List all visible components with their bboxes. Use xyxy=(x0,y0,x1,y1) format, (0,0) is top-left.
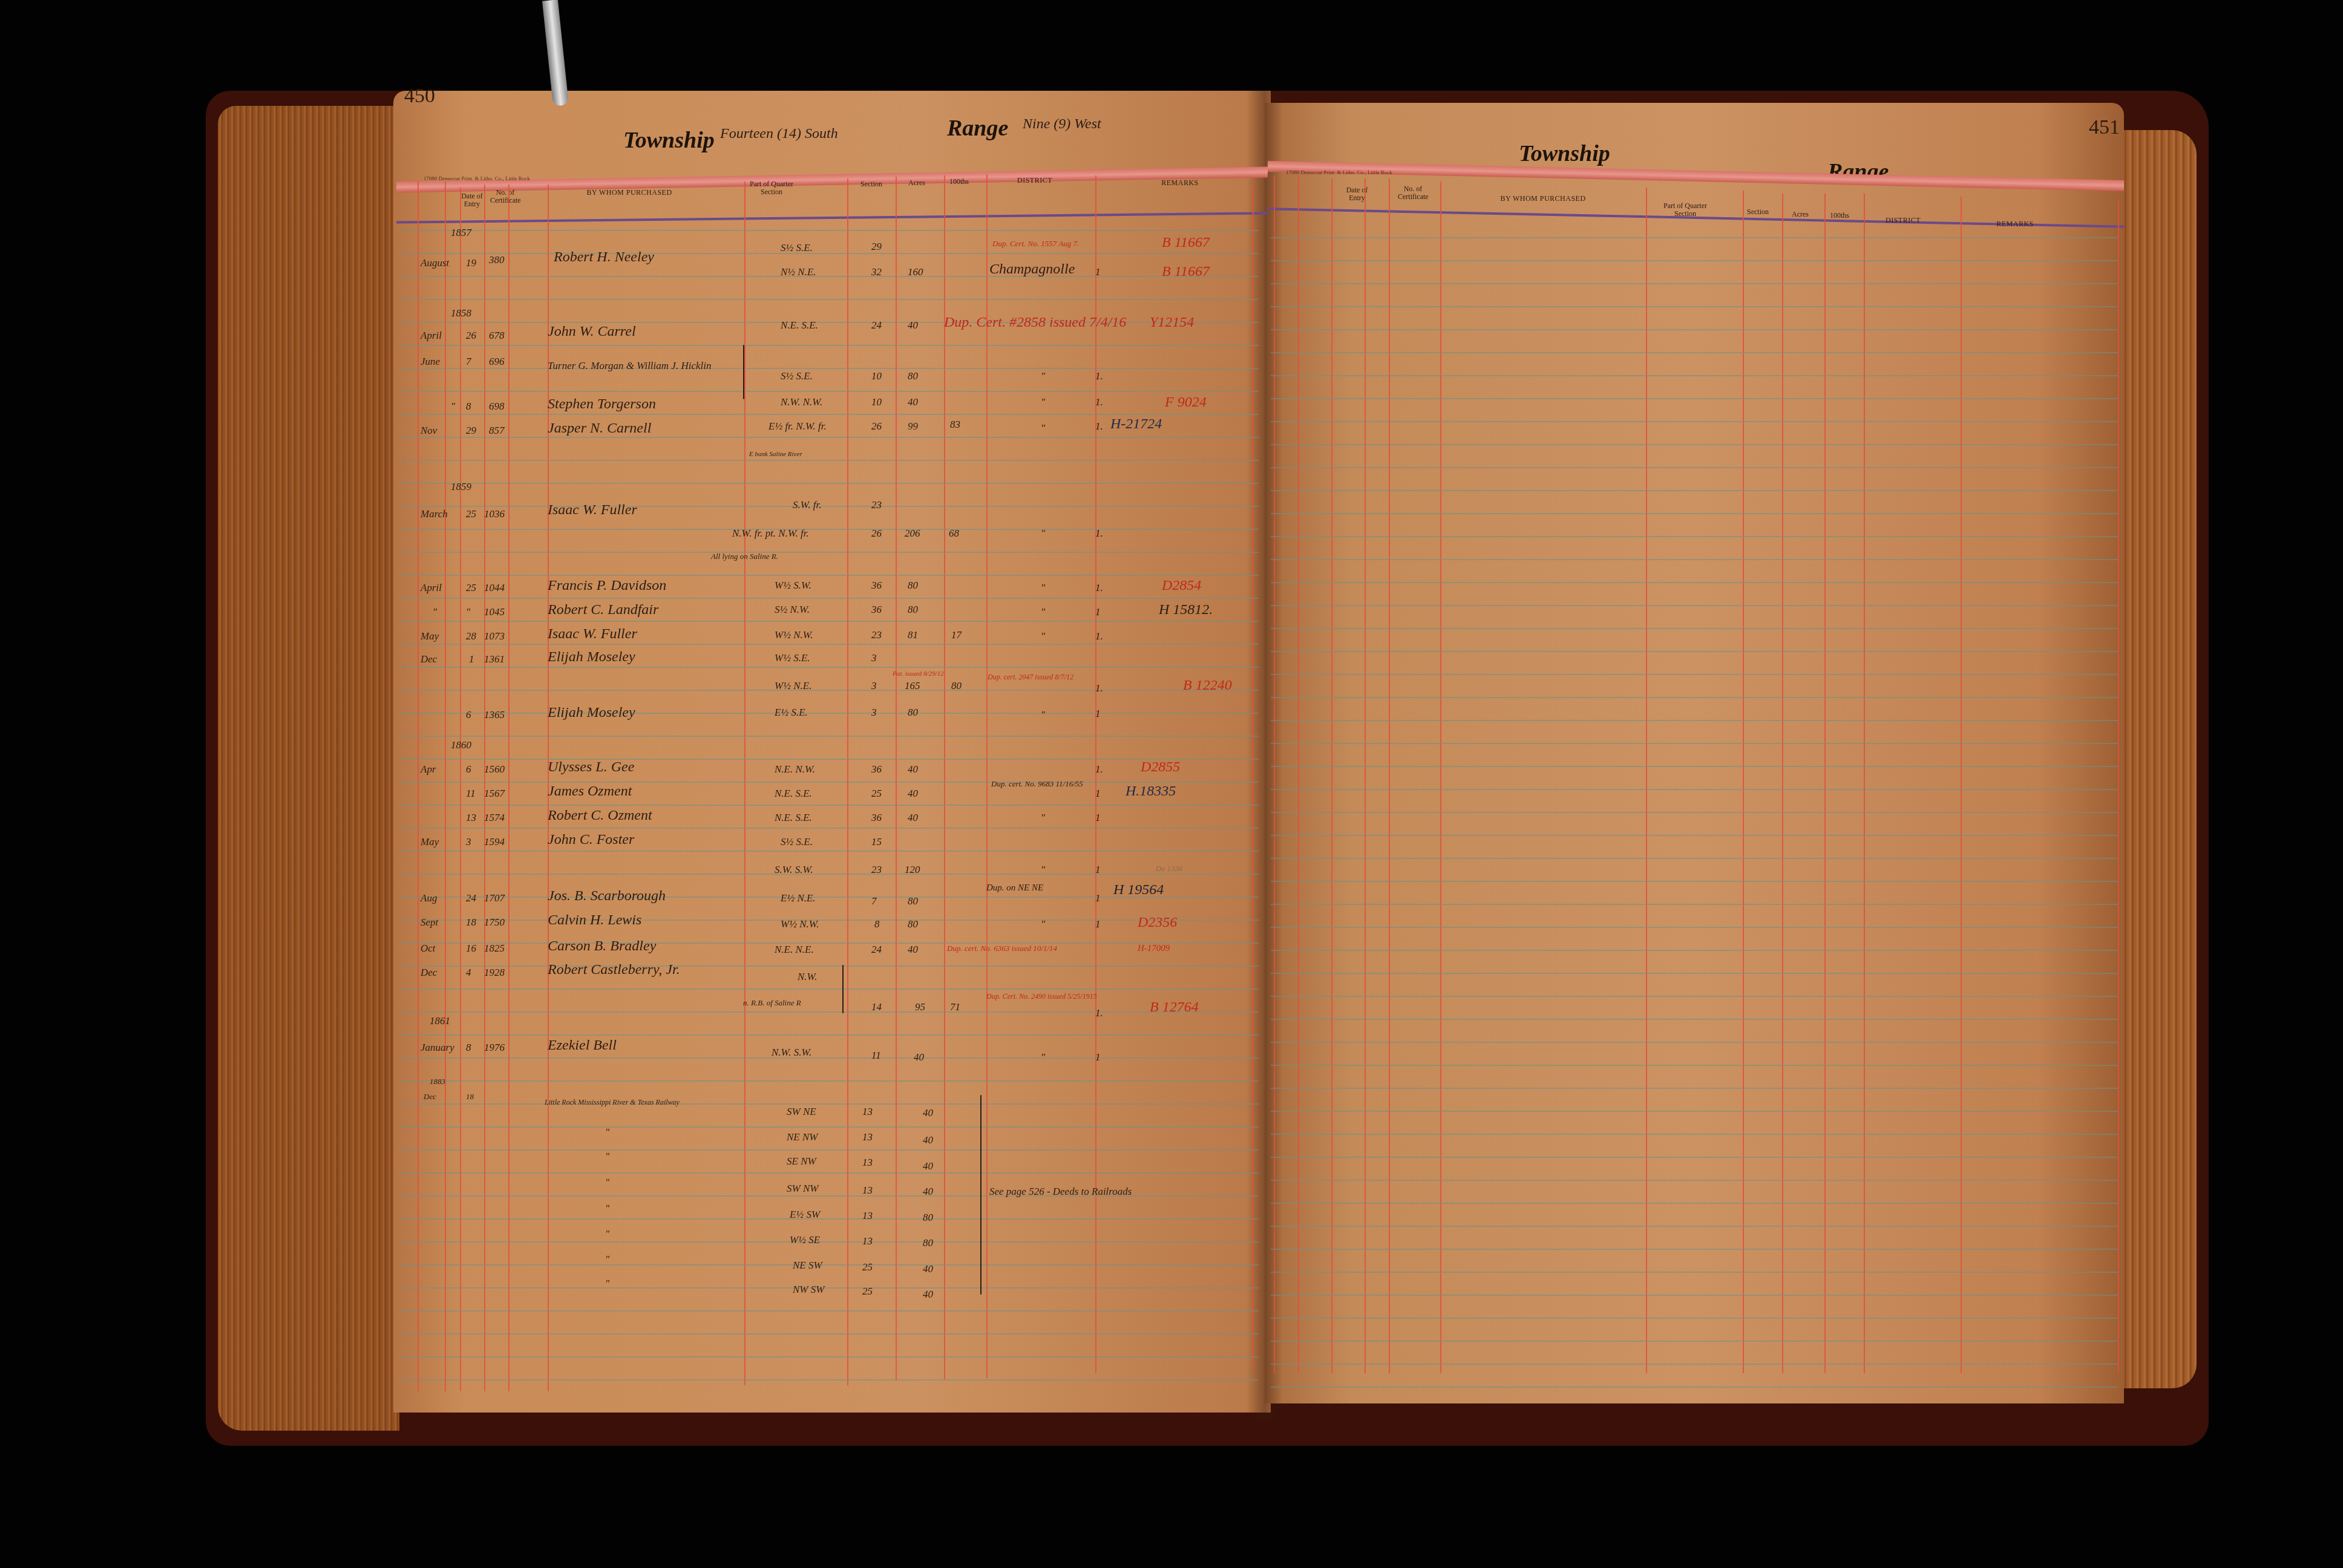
right-col-district: DISTRICT xyxy=(1873,217,1933,224)
ruled-line xyxy=(399,1310,1259,1312)
entry-acres: 40 xyxy=(923,1134,933,1146)
entry-purchaser: " xyxy=(605,1228,609,1240)
ruled-line xyxy=(1271,720,2118,721)
entry-section: 10 xyxy=(871,396,882,408)
ruled-line xyxy=(399,851,1259,852)
entry-section: 36 xyxy=(871,604,882,616)
ruled-line xyxy=(1271,1065,2118,1066)
entry-purchaser: Ezekiel Bell xyxy=(548,1037,617,1054)
ruled-line xyxy=(399,920,1259,921)
ruled-line xyxy=(1271,789,2118,790)
entry-acres: 40 xyxy=(908,812,918,824)
entry-acres: 40 xyxy=(923,1186,933,1198)
ruled-line xyxy=(399,552,1259,553)
ruled-line xyxy=(1271,674,2118,675)
entry-district: " xyxy=(1041,709,1045,721)
entry-purchaser: Ulysses L. Gee xyxy=(548,759,634,776)
ruled-line xyxy=(1271,444,2118,445)
ruled-line xyxy=(1271,812,2118,813)
entry-section: 3 xyxy=(871,707,877,719)
ruled-line xyxy=(399,1172,1259,1174)
entry-acres: 160 xyxy=(908,266,923,278)
entry-purchaser: Elijah Moseley xyxy=(548,649,635,665)
left-col-acres: Acres xyxy=(905,179,929,187)
left-col-district: DISTRICT xyxy=(1004,177,1065,185)
entry-hundredths: 71 xyxy=(950,1001,960,1013)
entry-purchaser: Robert H. Neeley xyxy=(554,249,654,266)
entry-day: 28 xyxy=(466,630,476,642)
entry-part: W½ N.W. xyxy=(781,918,819,930)
ruled-line xyxy=(1271,306,2118,307)
entry-part: E½ fr. N.W. fr. xyxy=(768,420,827,433)
ruled-line xyxy=(1271,1203,2118,1204)
ruled-line xyxy=(1271,260,2118,261)
entry-month: Apr xyxy=(421,763,436,776)
ruled-line xyxy=(1271,1019,2118,1020)
ruled-line xyxy=(399,276,1259,277)
entry-section: 26 xyxy=(871,420,882,433)
entry-hundredths: 68 xyxy=(949,528,959,540)
entry-part: E½ SW xyxy=(790,1209,820,1221)
ruled-line xyxy=(1271,582,2118,583)
ruled-line xyxy=(399,736,1259,737)
ruled-line xyxy=(1271,1180,2118,1181)
entry-purchaser: " xyxy=(605,1278,609,1290)
entry-acres: 80 xyxy=(908,580,918,592)
ruled-line xyxy=(1271,536,2118,537)
entry-cert: 1567 xyxy=(484,788,505,800)
entry-year: 1857 xyxy=(451,227,471,239)
entry-purchaser: Jasper N. Carnell xyxy=(548,420,651,437)
right-township-label: Township xyxy=(1519,140,1610,167)
entry-acres: 40 xyxy=(908,788,918,800)
entry-year: 1859 xyxy=(451,481,471,493)
entry-part: W½ N.E. xyxy=(775,680,811,692)
entry-acres-note: Pat. issued 8/29/12 xyxy=(893,670,944,678)
ruled-line xyxy=(1271,628,2118,629)
entry-tally: 1 xyxy=(1095,812,1101,824)
entry-section: 29 xyxy=(871,241,882,253)
ruled-line xyxy=(399,988,1259,990)
ruled-line xyxy=(1271,375,2118,376)
entry-acres: 40 xyxy=(908,396,918,408)
entry-day: 7 xyxy=(466,356,471,368)
entry-part: SW NW xyxy=(787,1183,818,1195)
ruled-line xyxy=(399,1057,1259,1059)
entry-part: N.E. S.E. xyxy=(775,788,812,800)
entry-month: April xyxy=(421,330,442,342)
entry-day: 13 xyxy=(466,812,476,824)
entry-part: S½ N.W. xyxy=(775,604,810,616)
entry-acres: 80 xyxy=(908,370,918,382)
ruled-line xyxy=(1271,513,2118,514)
entry-purchaser: Turner G. Morgan & William J. Hicklin xyxy=(548,354,735,378)
entry-cert: 1825 xyxy=(484,942,505,955)
right-col-date: Date of Entry xyxy=(1340,186,1374,202)
entry-acres: 95 xyxy=(915,1001,925,1013)
entry-month: Dec xyxy=(421,653,437,665)
left-township-value: Fourteen (14) South xyxy=(720,126,838,142)
entry-month: Nov xyxy=(421,425,437,437)
entry-part: N.E. N.W. xyxy=(775,763,815,776)
ruled-line xyxy=(1271,1364,2118,1365)
entry-district: " xyxy=(1041,864,1045,876)
entry-note: All lying on Saline R. xyxy=(711,552,778,561)
right-col-acres: Acres xyxy=(1788,211,1812,218)
entry-tally: 1 xyxy=(1095,266,1101,278)
entry-purchaser: Robert C. Landfair xyxy=(548,602,658,618)
railroad-brace xyxy=(980,1095,981,1295)
ruled-line xyxy=(399,1080,1259,1082)
entry-part: N.E. N.E. xyxy=(775,944,814,956)
entry-district-note: Dup. cert. No. 9683 11/16/55 xyxy=(991,777,1088,791)
entry-part: E½ S.E. xyxy=(775,707,808,719)
entry-tally: 1. xyxy=(1095,528,1103,540)
entry-section: 15 xyxy=(871,836,882,848)
entry-part: E½ N.E. xyxy=(781,892,816,904)
entry-year: 1860 xyxy=(451,739,471,751)
entry-cert: 1594 xyxy=(484,836,505,848)
entry-cert: 1036 xyxy=(484,508,505,520)
entry-cert: 1750 xyxy=(484,916,505,929)
ruled-line xyxy=(399,529,1259,530)
entry-purchaser: Stephen Torgerson xyxy=(548,396,656,413)
left-col-date: Date of Entry xyxy=(457,192,487,208)
ruled-line xyxy=(1271,996,2118,997)
entry-brace xyxy=(842,965,844,1013)
entry-part: N.W. xyxy=(798,971,817,983)
entry-tally: 1. xyxy=(1095,582,1103,594)
entry-tally: 1. xyxy=(1095,1007,1103,1019)
left-col-purchaser: BY WHOM PURCHASED xyxy=(557,189,702,197)
entry-remarks: B 11667 xyxy=(1162,235,1210,251)
entry-purchaser: Elijah Moseley xyxy=(548,705,635,721)
ruled-line xyxy=(1271,352,2118,353)
ruled-line xyxy=(1271,559,2118,560)
ruled-line xyxy=(399,644,1259,645)
ruled-line xyxy=(399,874,1259,875)
ruled-line xyxy=(1271,697,2118,698)
ruled-line xyxy=(1271,605,2118,606)
entry-section: 10 xyxy=(871,370,882,382)
entry-purchaser: Isaac W. Fuller xyxy=(548,502,637,518)
ruled-line xyxy=(399,506,1259,507)
entry-month: Dec xyxy=(424,1092,436,1102)
entry-month: June xyxy=(421,356,440,368)
ruled-line xyxy=(1271,398,2118,399)
ruled-line xyxy=(1271,283,2118,284)
ruled-line xyxy=(1271,904,2118,905)
entry-tally: 1. xyxy=(1095,630,1103,642)
entry-section: 3 xyxy=(871,652,877,664)
ruled-line xyxy=(399,368,1259,369)
entry-part: N.E. S.E. xyxy=(775,812,812,824)
right-col-cert: No. of Certificate xyxy=(1398,185,1428,201)
entry-part: S½ S.E. xyxy=(781,370,813,382)
entry-remarks: Y12154 xyxy=(1150,315,1194,331)
entry-hundredths: 83 xyxy=(950,419,960,431)
entry-part: N.W. N.W. xyxy=(781,396,822,408)
entry-district: " xyxy=(1041,422,1045,434)
entry-purchaser: Robert Castleberry, Jr. xyxy=(548,962,680,978)
ruled-line xyxy=(1271,1249,2118,1250)
right-printer-imprint: 17080 Democrat Print. & Litho. Co., Litt… xyxy=(1286,169,1392,175)
ruled-line xyxy=(399,1264,1259,1266)
ruled-line xyxy=(399,667,1259,668)
entry-day: 18 xyxy=(466,916,476,929)
entry-section: 25 xyxy=(871,788,882,800)
entry-acres: 40 xyxy=(923,1289,933,1301)
ruled-line xyxy=(399,575,1259,576)
entry-cert: 1928 xyxy=(484,967,505,979)
ruled-line xyxy=(399,1379,1259,1380)
entry-section: 8 xyxy=(874,918,880,930)
entry-cert: 1361 xyxy=(484,653,505,665)
ruled-line xyxy=(1271,1226,2118,1227)
entry-section: 13 xyxy=(862,1210,873,1222)
entry-part: n. R.B. of Saline R xyxy=(743,998,801,1008)
entry-section: 13 xyxy=(862,1131,873,1143)
entry-tally: 1. xyxy=(1095,396,1103,408)
entry-remarks: D2356 xyxy=(1138,915,1177,931)
entry-month: Oct xyxy=(421,942,436,955)
entry-part: SW NE xyxy=(787,1106,816,1118)
entry-purchaser: " xyxy=(605,1203,609,1215)
entry-remarks: H-21724 xyxy=(1110,416,1162,433)
book-gutter xyxy=(1247,91,1283,1422)
entry-remarks: De 1336 xyxy=(1156,864,1182,874)
entry-section: 26 xyxy=(871,528,882,540)
entry-acres: 80 xyxy=(908,707,918,719)
entry-part: S.W. S.W. xyxy=(775,864,813,876)
entry-day: 6 xyxy=(466,709,471,721)
entry-remarks: H 19564 xyxy=(1113,882,1164,898)
ruled-line xyxy=(399,1241,1259,1243)
entry-acres: 81 xyxy=(908,629,918,641)
entry-day: 25 xyxy=(466,508,476,520)
entry-acres: 40 xyxy=(923,1263,933,1275)
entry-section: 23 xyxy=(871,629,882,641)
entry-tally: 1. xyxy=(1095,420,1103,433)
entry-month: Dec xyxy=(421,967,437,979)
entry-purchaser: Isaac W. Fuller xyxy=(548,626,637,642)
entry-section: 23 xyxy=(871,864,882,876)
ruled-line xyxy=(1271,743,2118,744)
ruled-line xyxy=(1271,1295,2118,1296)
entry-district-note: See page 526 - Deeds to Railroads xyxy=(989,1186,1132,1198)
entry-section: 32 xyxy=(871,266,882,278)
entry-district-note: Dup. cert. 2047 issued 8/7/12 xyxy=(988,673,1073,682)
entry-part: N.E. S.E. xyxy=(781,319,818,332)
entry-district: " xyxy=(1041,370,1045,382)
entry-cert: 1044 xyxy=(484,582,505,594)
entry-month: April xyxy=(421,582,442,594)
left-col-section: Section xyxy=(856,180,886,188)
entry-month: August xyxy=(421,257,449,269)
ruled-line xyxy=(399,690,1259,691)
entry-purchaser: " xyxy=(605,1177,609,1189)
entry-note: E bank Saline River xyxy=(749,451,802,458)
entry-district: Champagnolle xyxy=(989,261,1075,278)
entry-cert: 696 xyxy=(489,356,505,368)
ruled-line xyxy=(399,460,1259,461)
entry-section: 13 xyxy=(862,1157,873,1169)
ruled-line xyxy=(1271,490,2118,491)
entry-purchaser: Little Rock Mississippi River & Texas Ra… xyxy=(545,1098,680,1107)
ruled-line xyxy=(1271,1042,2118,1043)
entry-district-note: Dup. on NE NE xyxy=(986,883,1043,893)
entry-purchaser: " xyxy=(605,1151,609,1163)
entry-section: 25 xyxy=(862,1261,873,1273)
ruled-line xyxy=(1271,1157,2118,1158)
ruled-line xyxy=(1271,329,2118,330)
entry-purchaser: Francis P. Davidson xyxy=(548,578,666,594)
entry-district-note: Dup. Cert. #2858 issued 7/4/16 xyxy=(944,315,1126,331)
entry-purchaser: John W. Carrel xyxy=(548,324,636,340)
left-range-label: Range xyxy=(947,115,1008,142)
entry-month: May xyxy=(421,630,439,642)
entry-acres: 80 xyxy=(923,1237,933,1249)
entry-remarks: B 12240 xyxy=(1183,678,1232,694)
entry-day: 1 xyxy=(469,653,474,665)
ruled-line xyxy=(399,345,1259,346)
left-page-stack xyxy=(218,106,399,1431)
entry-tally: 1 xyxy=(1095,708,1101,720)
ruled-line xyxy=(399,1103,1259,1105)
entry-district: " xyxy=(1041,396,1045,408)
left-col-part: Part of Quarter Section xyxy=(738,180,805,196)
entry-acres: 206 xyxy=(905,528,920,540)
entry-district-note: Dup. Cert. No. 1557 Aug 7. xyxy=(992,239,1079,249)
entry-day: 6 xyxy=(466,763,471,776)
ruled-line xyxy=(1271,881,2118,882)
ruled-line xyxy=(1271,973,2118,974)
entry-section: 13 xyxy=(862,1106,873,1118)
ruled-line xyxy=(399,621,1259,622)
entry-district: " xyxy=(1041,812,1045,824)
entry-month: Aug xyxy=(421,892,437,904)
entry-tally: 1 xyxy=(1095,788,1101,800)
entry-district: " xyxy=(1041,528,1045,540)
right-col-part: Part of Quarter Section xyxy=(1652,202,1719,218)
ruled-line xyxy=(399,1356,1259,1357)
entry-section: 11 xyxy=(871,1050,881,1062)
entry-part: W½ N.W. xyxy=(775,629,813,641)
right-page xyxy=(1265,103,2124,1403)
entry-hundredths: 17 xyxy=(951,629,962,641)
entry-acres: 40 xyxy=(908,319,918,332)
ruled-line xyxy=(399,1034,1259,1036)
ruled-line xyxy=(1271,1088,2118,1089)
entry-purchaser: James Ozment xyxy=(548,783,632,800)
ruled-line xyxy=(399,1287,1259,1289)
entry-tally: 1. xyxy=(1095,682,1103,694)
entry-part: S.W. fr. xyxy=(793,499,822,511)
entry-part: S½ S.E. xyxy=(781,836,813,848)
entry-part: N.W. S.W. xyxy=(772,1047,811,1059)
entry-section: 24 xyxy=(871,944,882,956)
left-page xyxy=(393,91,1271,1413)
ruled-line xyxy=(399,965,1259,967)
right-page-number: 451 xyxy=(2089,116,2120,139)
entry-tally: 1 xyxy=(1095,892,1101,904)
entry-section: 36 xyxy=(871,812,882,824)
entry-acres: 80 xyxy=(908,918,918,930)
entry-day: 4 xyxy=(466,967,471,979)
entry-cert: 1045 xyxy=(484,606,505,618)
entry-section: 13 xyxy=(862,1184,873,1197)
right-col-remarks: REMARKS xyxy=(1985,220,2045,228)
entry-acres: 40 xyxy=(908,763,918,776)
ruled-line xyxy=(399,713,1259,714)
entry-day: 8 xyxy=(466,400,471,413)
entry-year: 1883 xyxy=(430,1077,445,1086)
ruled-line xyxy=(1271,467,2118,468)
ruled-line xyxy=(399,782,1259,783)
entry-cert: 698 xyxy=(489,400,505,413)
ruled-line xyxy=(399,1218,1259,1220)
ruled-line xyxy=(1271,927,2118,928)
ruled-line xyxy=(1271,651,2118,652)
entry-section: 25 xyxy=(862,1285,873,1298)
ruled-line xyxy=(399,437,1259,438)
right-col-section: Section xyxy=(1743,208,1773,216)
entry-day: 26 xyxy=(466,330,476,342)
ruled-line xyxy=(399,391,1259,392)
entry-day: 25 xyxy=(466,582,476,594)
entry-district-note: Dup. cert. No. 6363 issued 10/1/14 xyxy=(947,944,1057,953)
entry-month: " xyxy=(451,400,455,413)
ruled-line xyxy=(399,483,1259,484)
ruled-line xyxy=(399,1333,1259,1334)
entry-district-note: Dup. Cert. No. 2490 issued 5/25/1915 xyxy=(986,992,1097,1001)
ruled-line xyxy=(1271,1272,2118,1273)
ruled-line xyxy=(1271,1318,2118,1319)
entry-acres: 40 xyxy=(908,944,918,956)
entry-remarks: D2855 xyxy=(1141,759,1180,776)
entry-part: N½ N.E. xyxy=(781,266,816,278)
left-col-cert: No. of Certificate xyxy=(490,189,520,204)
entry-hundredths: 80 xyxy=(951,680,962,692)
entry-part: NE NW xyxy=(787,1131,818,1143)
entry-acres: 40 xyxy=(923,1160,933,1172)
entry-remarks: B 12764 xyxy=(1150,999,1199,1016)
entry-acres: 40 xyxy=(923,1107,933,1119)
entry-part: NE SW xyxy=(793,1259,822,1272)
ruled-line xyxy=(399,1011,1259,1013)
entry-cert: 380 xyxy=(489,254,505,266)
entry-section: 3 xyxy=(871,680,877,692)
entry-year: 1861 xyxy=(430,1015,450,1027)
entry-cert: 1073 xyxy=(484,630,505,642)
entry-district: " xyxy=(1041,630,1045,642)
ruled-line xyxy=(1271,766,2118,767)
ruled-line xyxy=(1271,1341,2118,1342)
ruled-line xyxy=(399,828,1259,829)
entry-tally: 1 xyxy=(1095,864,1101,876)
entry-month: Sept xyxy=(421,916,438,929)
entry-part: NW SW xyxy=(793,1284,824,1296)
entry-remarks: B 11667 xyxy=(1162,264,1210,280)
entry-acres: 165 xyxy=(905,680,920,692)
entry-cert: 1707 xyxy=(484,892,505,904)
ruled-line xyxy=(399,414,1259,415)
ruled-line xyxy=(399,759,1259,760)
entry-section: 24 xyxy=(871,319,882,332)
entry-acres: 80 xyxy=(908,604,918,616)
entry-acres: 120 xyxy=(905,864,920,876)
left-page-number: 450 xyxy=(404,85,435,108)
